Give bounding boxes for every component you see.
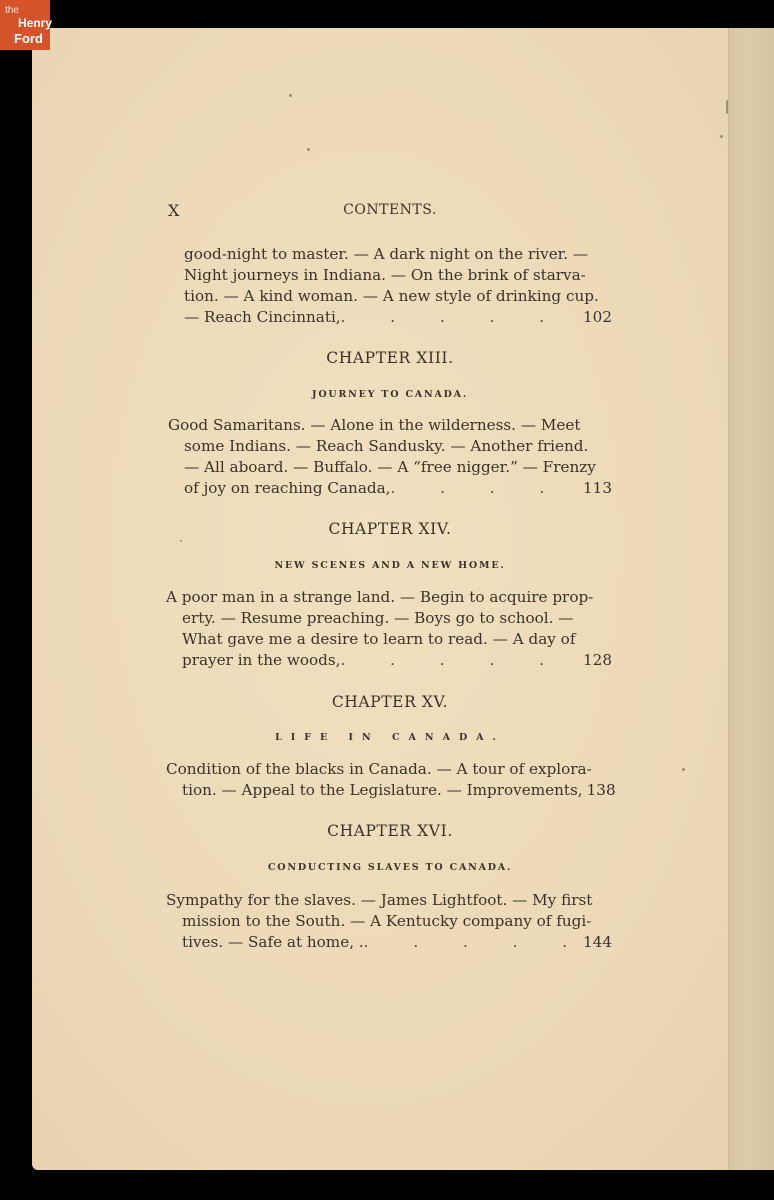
entry-text: prayer in the woods, bbox=[182, 650, 341, 671]
entry-text: tives. — Safe at home, . bbox=[182, 932, 364, 953]
paper-speck bbox=[682, 768, 685, 771]
adjacent-page-edge bbox=[728, 28, 774, 1170]
entry-line: some Indians. — Reach Sandusky. — Anothe… bbox=[168, 436, 612, 457]
toc-entry: Good Samaritans. — Alone in the wilderne… bbox=[168, 415, 612, 499]
entry-line: — All aboard. — Buffalo. — A “free nigge… bbox=[168, 457, 612, 478]
entry-line: A poor man in a strange land. — Begin to… bbox=[166, 587, 612, 608]
paper-speck bbox=[720, 135, 723, 138]
entry-line: good-night to master. — A dark night on … bbox=[184, 244, 612, 265]
page-header: X CONTENTS. bbox=[168, 201, 612, 221]
chapter-heading: CHAPTER XVI. bbox=[168, 822, 612, 840]
paper-speck bbox=[289, 94, 292, 97]
henry-ford-logo: the Henry Ford bbox=[0, 0, 50, 50]
entry-line: What gave me a desire to learn to read. … bbox=[166, 629, 612, 650]
entry-last-line: prayer in the woods, . . . . . . . . 128 bbox=[166, 650, 612, 671]
entry-text: of joy on reaching Canada, bbox=[184, 478, 391, 499]
entry-line: Good Samaritans. — Alone in the wilderne… bbox=[168, 415, 612, 436]
chapter-subtitle: JOURNEY TO CANADA. bbox=[168, 389, 612, 400]
page-reference: 128 bbox=[583, 650, 612, 671]
dot-leaders: . . . . . . . . bbox=[341, 307, 583, 328]
entry-last-line: tion. — Appeal to the Legislature. — Imp… bbox=[166, 780, 612, 801]
entry-line: Condition of the blacks in Canada. — A t… bbox=[166, 759, 612, 780]
chapter-heading: CHAPTER XIII. bbox=[168, 349, 612, 367]
page-reference: 138 bbox=[587, 780, 616, 801]
toc-entry: Condition of the blacks in Canada. — A t… bbox=[166, 759, 612, 801]
entry-last-line: tives. — Safe at home, . . . . . . . . 1… bbox=[166, 932, 612, 953]
dot-leaders: . . . . . . . bbox=[364, 932, 583, 953]
chapter-subtitle: NEW SCENES AND A NEW HOME. bbox=[168, 560, 612, 571]
entry-text: — Reach Cincinnati, bbox=[184, 307, 341, 328]
entry-last-line: — Reach Cincinnati, . . . . . . . . 102 bbox=[184, 307, 612, 328]
page-reference: 102 bbox=[583, 307, 612, 328]
dot-leaders: . . . . . . . bbox=[391, 478, 584, 499]
page-reference: 113 bbox=[583, 478, 612, 499]
dot-leaders: . . . . . . . . bbox=[341, 650, 584, 671]
logo-text-henry: Henry bbox=[18, 17, 52, 29]
entry-last-line: of joy on reaching Canada, . . . . . . .… bbox=[168, 478, 612, 499]
paper-speck bbox=[307, 148, 310, 151]
entry-text: tion. — Appeal to the Legislature. — Imp… bbox=[182, 780, 583, 801]
chapter-heading: CHAPTER XIV. bbox=[168, 520, 612, 538]
chapter-subtitle: LIFE IN CANADA. bbox=[168, 732, 612, 743]
entry-line: Sympathy for the slaves. — James Lightfo… bbox=[166, 890, 612, 911]
entry-line: mission to the South. — A Kentucky compa… bbox=[166, 911, 612, 932]
chapter-subtitle: CONDUCTING SLAVES TO CANADA. bbox=[168, 862, 612, 873]
entry-line: tion. — A kind woman. — A new style of d… bbox=[184, 286, 612, 307]
entry-line: erty. — Resume preaching. — Boys go to s… bbox=[166, 608, 612, 629]
chapter-heading: CHAPTER XV. bbox=[168, 693, 612, 711]
paper-speck bbox=[726, 100, 728, 114]
logo-text-ford: Ford bbox=[14, 32, 43, 45]
paper-speck bbox=[180, 540, 182, 542]
toc-entry-continued: good-night to master. — A dark night on … bbox=[184, 244, 612, 328]
toc-entry: Sympathy for the slaves. — James Lightfo… bbox=[166, 890, 612, 953]
page-title: CONTENTS. bbox=[168, 202, 612, 218]
toc-entry: A poor man in a strange land. — Begin to… bbox=[166, 587, 612, 671]
logo-text-the: the bbox=[5, 6, 19, 16]
entry-line: Night journeys in Indiana. — On the brin… bbox=[184, 265, 612, 286]
page-reference: 144 bbox=[583, 932, 612, 953]
